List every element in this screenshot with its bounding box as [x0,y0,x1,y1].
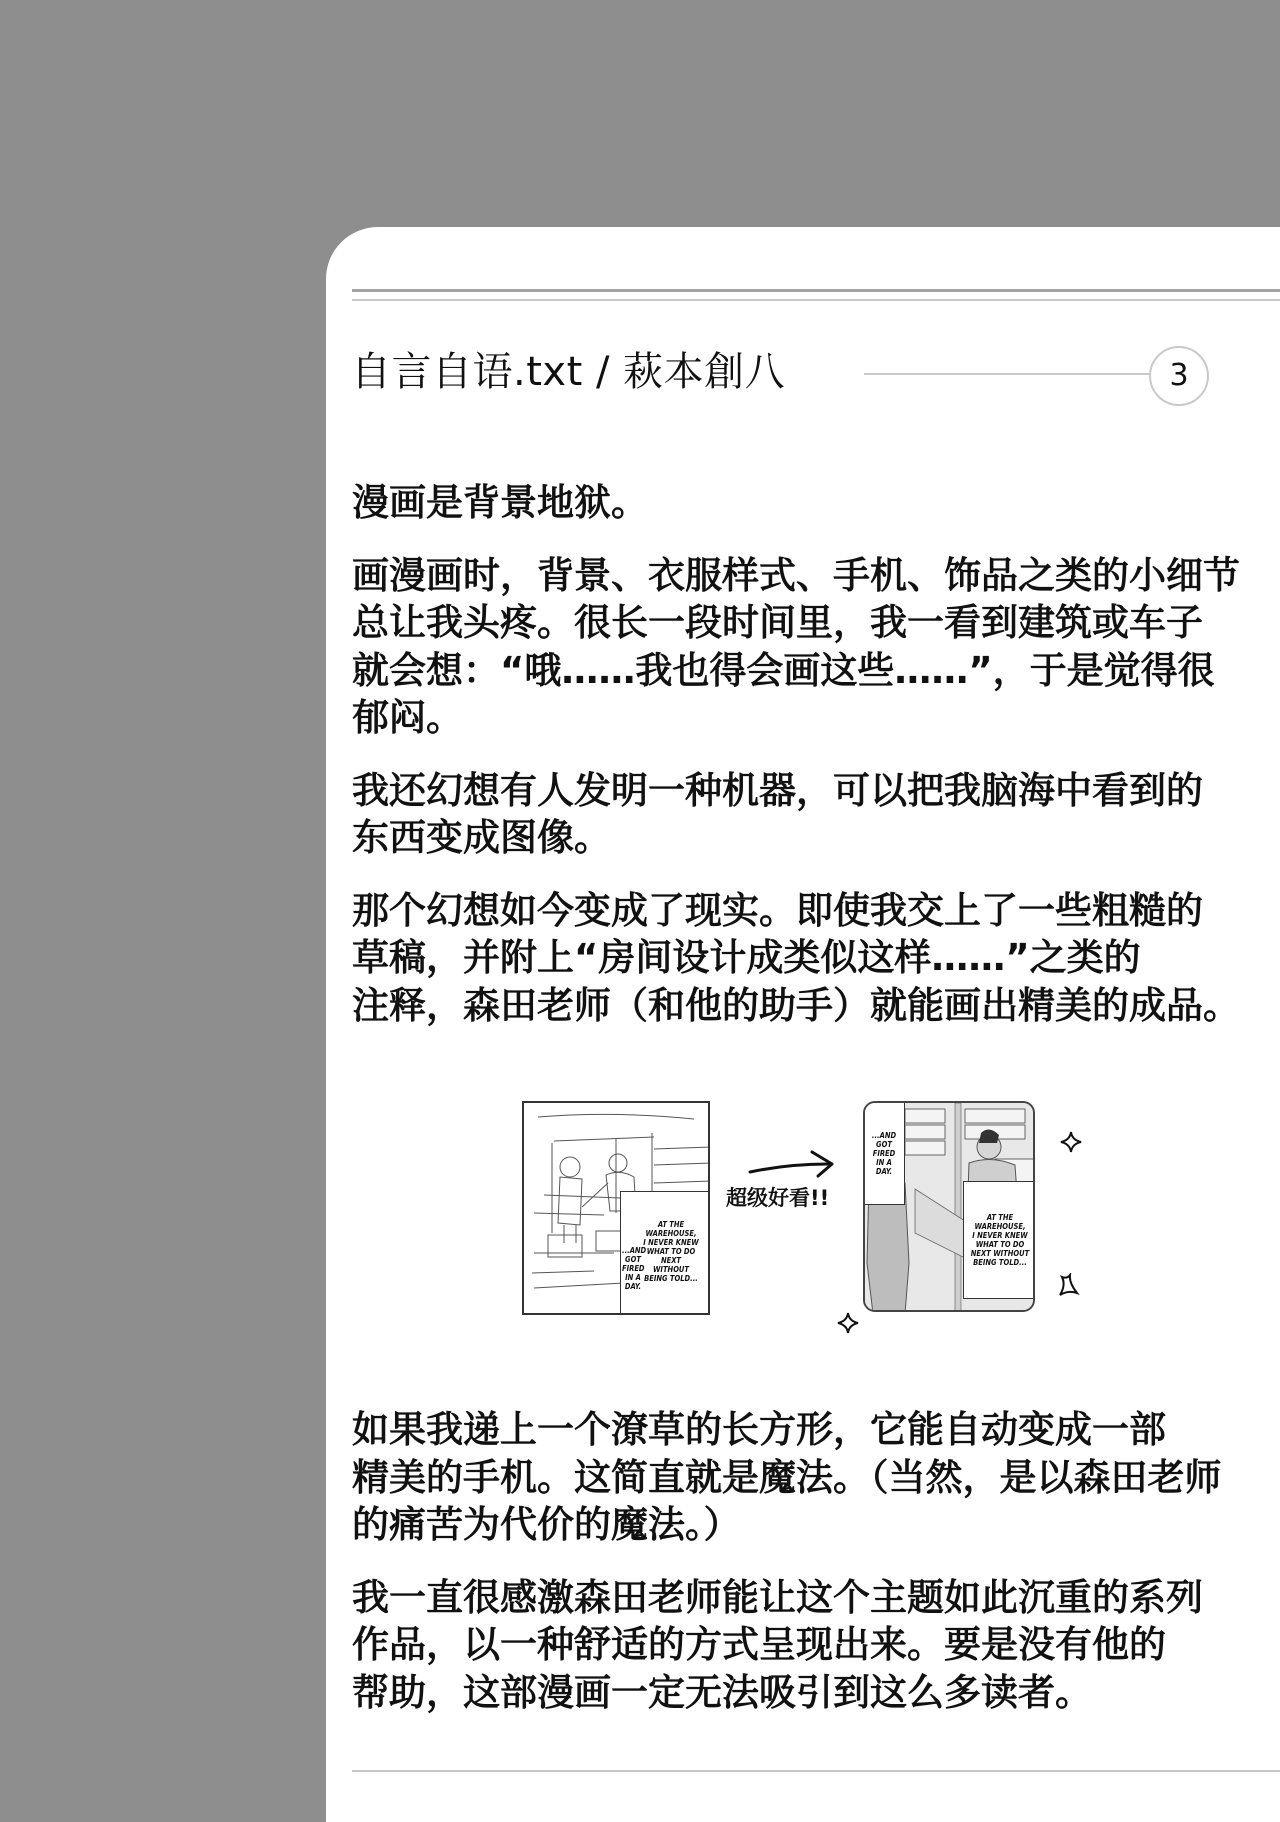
sparkle-icon [1059,1130,1083,1154]
text-line: 草稿，并附上“房间设计成类似这样……”之类的 [352,934,1272,982]
text-line: 帮助，这部漫画一定无法吸引到这么多读者。 [352,1669,1272,1717]
footer-rule [352,1770,1280,1772]
text-line: 东西变成图像。 [352,814,1272,862]
paragraph: 我一直很感激森田老师能让这个主题如此沉重的系列 作品，以一种舒适的方式呈现出来。… [352,1574,1272,1717]
page-title: 自言自语.txt / 萩本創八 [351,346,785,398]
header-rule-thin [352,299,1280,301]
text-line: 就会想：“哦……我也得会画这些……”，于是觉得很 [352,647,1272,695]
paragraph: 画漫画时，背景、衣服样式、手机、饰品之类的小细节 总让我头疼。很长一段时间里，我… [352,552,1272,742]
text-line: 画漫画时，背景、衣服样式、手机、饰品之类的小细节 [352,552,1272,600]
arrow-right-icon [748,1148,838,1180]
title-divider [864,373,1150,375]
text-line: 的痛苦为代价的魔法。） [352,1501,1272,1549]
text-line: 注释，森田老师（和他的助手）就能画出精美的成品。 [352,982,1272,1030]
sparkle-icon [836,1311,860,1335]
header-rule-thick [352,289,1280,292]
caption-side: ...AND GOT FIRED IN A DAY. [863,1101,905,1205]
paragraph: 漫画是背景地狱。 [352,479,1272,527]
text-line: 我还幻想有人发明一种机器，可以把我脑海中看到的 [352,767,1272,815]
sparkle-icon [1056,1273,1080,1297]
paragraph: 如果我递上一个潦草的长方形，它能自动变成一部 精美的手机。这简直就是魔法。（当然… [352,1406,1272,1549]
rough-sketch-panel: AT THE WAREHOUSE, I NEVER KNEW WHAT TO D… [522,1101,710,1315]
text-line: 精美的手机。这简直就是魔法。（当然，是以森田老师 [352,1454,1272,1502]
caption-side: ...AND GOT FIRED IN A DAY. [622,1243,644,1293]
finished-art-panel: ...AND GOT FIRED IN A DAY. AT THE WAREHO… [863,1101,1035,1312]
caption-main: AT THE WAREHOUSE, I NEVER KNEW WHAT TO D… [963,1181,1035,1299]
text-line: 漫画是背景地狱。 [352,479,1272,527]
body-text-upper: 漫画是背景地狱。 画漫画时，背景、衣服样式、手机、饰品之类的小细节 总让我头疼。… [352,479,1272,1054]
text-line: 作品，以一种舒适的方式呈现出来。要是没有他的 [352,1621,1272,1669]
body-text-lower: 如果我递上一个潦草的长方形，它能自动变成一部 精美的手机。这简直就是魔法。（当然… [352,1406,1272,1741]
text-line: 我一直很感激森田老师能让这个主题如此沉重的系列 [352,1574,1272,1622]
paragraph: 那个幻想如今变成了现实。即使我交上了一些粗糙的 草稿，并附上“房间设计成类似这样… [352,887,1272,1030]
page-number-badge: 3 [1149,346,1209,406]
text-line: 如果我递上一个潦草的长方形，它能自动变成一部 [352,1406,1272,1454]
caption-main: AT THE WAREHOUSE, I NEVER KNEW WHAT TO D… [642,1211,700,1291]
arrow-label: 超级好看!! [726,1184,829,1212]
text-line: 郁闷。 [352,694,1272,742]
paragraph: 我还幻想有人发明一种机器，可以把我脑海中看到的 东西变成图像。 [352,767,1272,862]
text-line: 那个幻想如今变成了现实。即使我交上了一些粗糙的 [352,887,1272,935]
text-line: 总让我头疼。很长一段时间里，我一看到建筑或车子 [352,599,1272,647]
